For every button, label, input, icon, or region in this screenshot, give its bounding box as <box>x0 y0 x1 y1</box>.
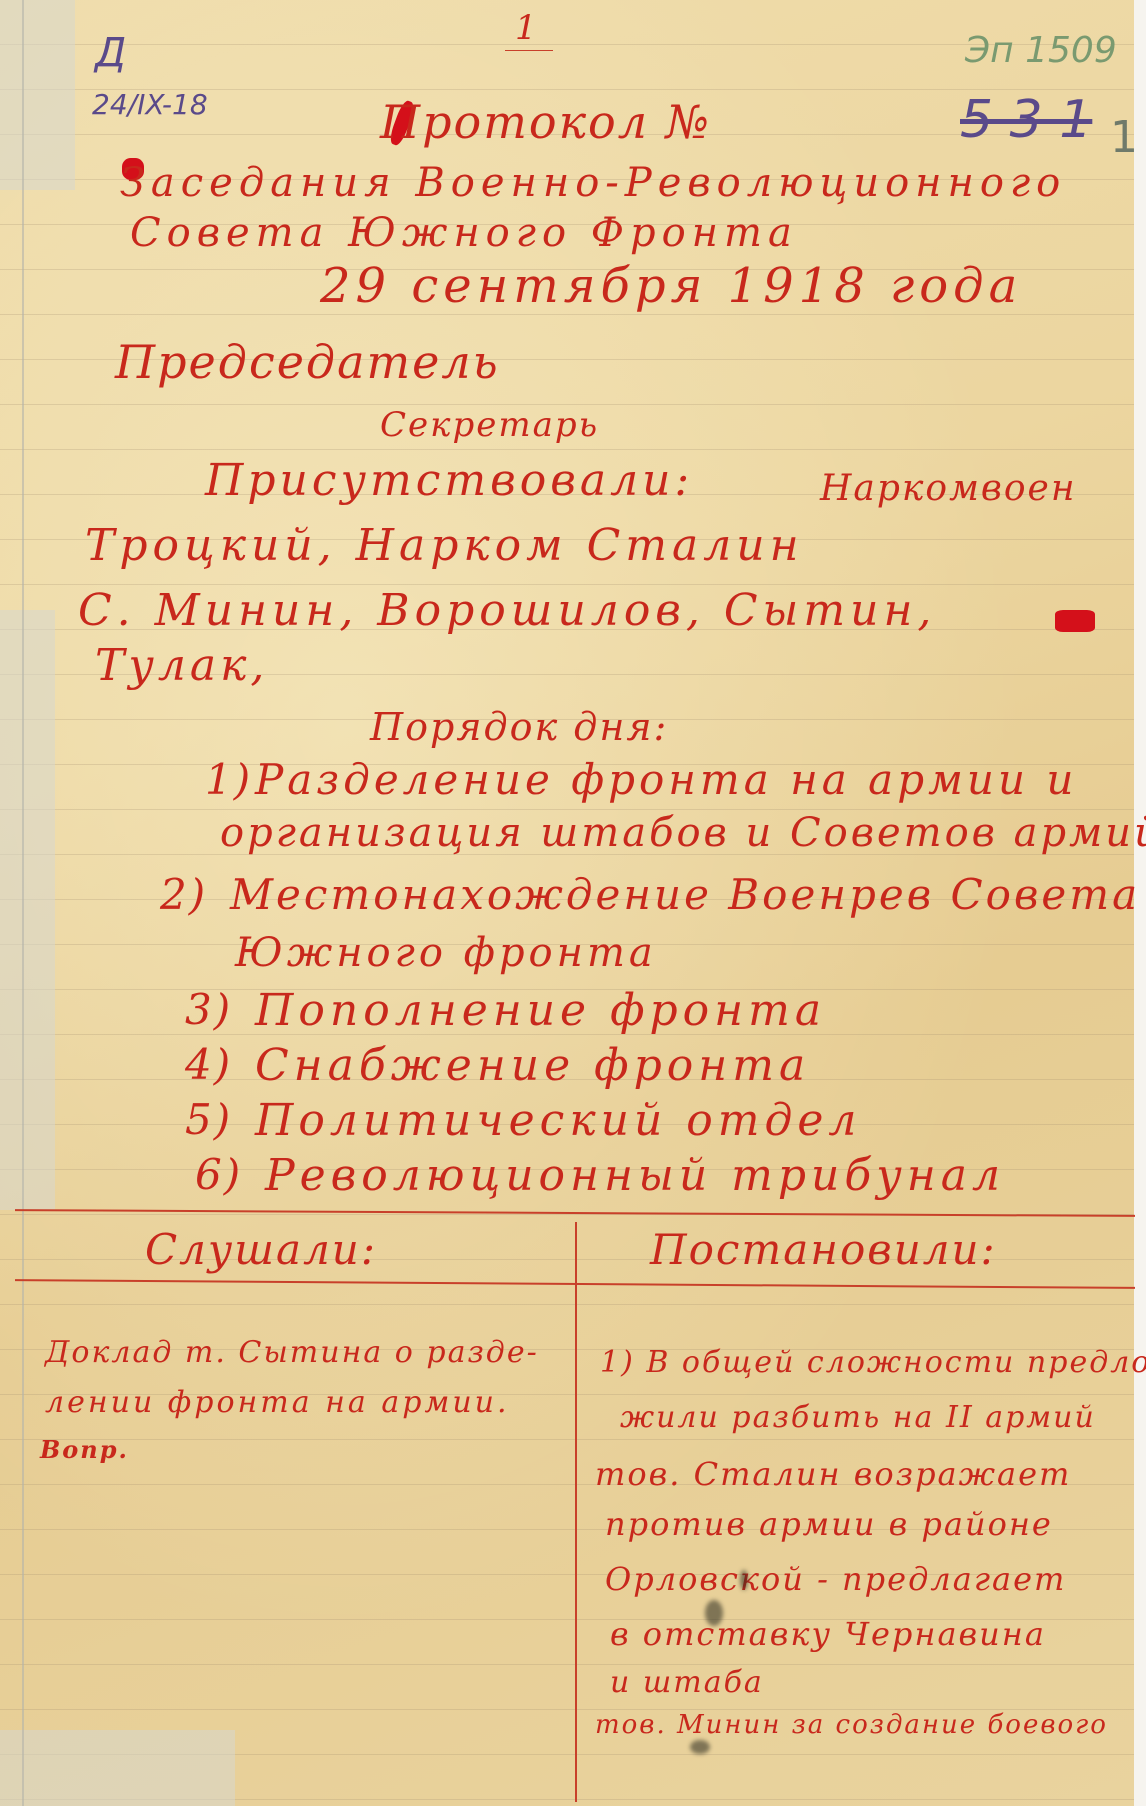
chairman-label: Председатель <box>115 335 500 389</box>
resolved-line: Орловской - предлагает <box>605 1560 1066 1598</box>
agenda-label: Порядок дня: <box>370 705 668 749</box>
resolved-line: в отставку Чернавина <box>610 1615 1046 1653</box>
ink-smudge <box>705 1600 723 1626</box>
agenda-item-text: Революционный трибунал <box>265 1150 1005 1201</box>
agenda-item-number: 1) <box>205 755 252 804</box>
resolved-line: тов. Минин за создание боевого <box>595 1710 1108 1740</box>
archive-crossed-number: 5 3 1 <box>960 90 1092 150</box>
archive-date: 24/IX-18 <box>92 88 208 121</box>
archive-number: Эп 1509 <box>965 30 1117 71</box>
page-marker-underline <box>505 50 553 51</box>
agenda-item-continuation: организация штабов и Советов армий <box>220 810 1146 856</box>
ink-smudge <box>690 1740 710 1754</box>
binding-edge <box>22 0 24 1806</box>
agenda-item-number: 6) <box>195 1150 242 1199</box>
column-resolved-header: Постановили: <box>650 1225 997 1274</box>
attendance-label: Присутствовали: <box>205 455 693 506</box>
attendance-line-2: Троцкий, Нарком Сталин <box>85 520 804 571</box>
attendance-line-1: Наркомвоен <box>820 468 1077 509</box>
tape-strip <box>0 0 75 190</box>
resolved-line: тов. Сталин возражает <box>595 1455 1071 1493</box>
agenda-item-number: 3) <box>185 985 232 1034</box>
page-marker: 1 <box>515 8 539 48</box>
table-column-divider <box>575 1222 577 1802</box>
agenda-item-number: 5) <box>185 1095 232 1144</box>
document-page: 1 Д 24/IX-18 Эп 1509 5 3 1 1 Протокол № … <box>0 0 1146 1806</box>
agenda-item-text: Пополнение фронта <box>255 985 826 1036</box>
resolved-line: жили разбить на II армий <box>620 1400 1096 1435</box>
ink-blot <box>1055 610 1095 632</box>
header-line-2: Заседания Военно-Революционного <box>120 160 1066 206</box>
agenda-item-number: 4) <box>185 1040 232 1089</box>
attendance-line-4: Тулак, <box>95 640 268 691</box>
archive-letter: Д <box>95 30 128 76</box>
tape-strip <box>0 1730 235 1806</box>
secretary-label: Секретарь <box>380 405 599 445</box>
resolved-line: и штаба <box>610 1665 764 1700</box>
agenda-item-continuation: Южного фронта <box>235 930 657 976</box>
agenda-item-number: 2) <box>160 870 207 919</box>
attendance-line-3: С. Минин, Ворошилов, Сытин, <box>78 585 936 636</box>
protocol-date: 29 сентября 1918 года <box>320 258 1022 314</box>
table-top-rule <box>15 1209 1135 1217</box>
tape-strip <box>0 610 55 1210</box>
agenda-item-text: Местонахождение Военрев Совета <box>230 870 1140 919</box>
agenda-item-text: Политический отдел <box>255 1095 861 1146</box>
heard-text-line: Доклад т. Сытина о разде- <box>45 1335 539 1370</box>
ink-smudge <box>740 1570 748 1590</box>
agenda-item-text: Снабжение фронта <box>255 1040 810 1091</box>
resolved-line: 1) В общей сложности предло <box>600 1345 1146 1380</box>
resolved-line: против армии в районе <box>605 1505 1053 1543</box>
header-line-3: Совета Южного Фронта <box>130 210 798 256</box>
agenda-item-text: Разделение фронта на армии и <box>255 755 1077 804</box>
heard-text-line: лении фронта на армии. <box>45 1385 510 1420</box>
column-heard-header: Слушали: <box>145 1225 377 1274</box>
heard-note: Вопр. <box>40 1435 129 1464</box>
sheet-number: 1 <box>1110 112 1140 163</box>
protocol-title: Протокол № <box>380 95 711 149</box>
